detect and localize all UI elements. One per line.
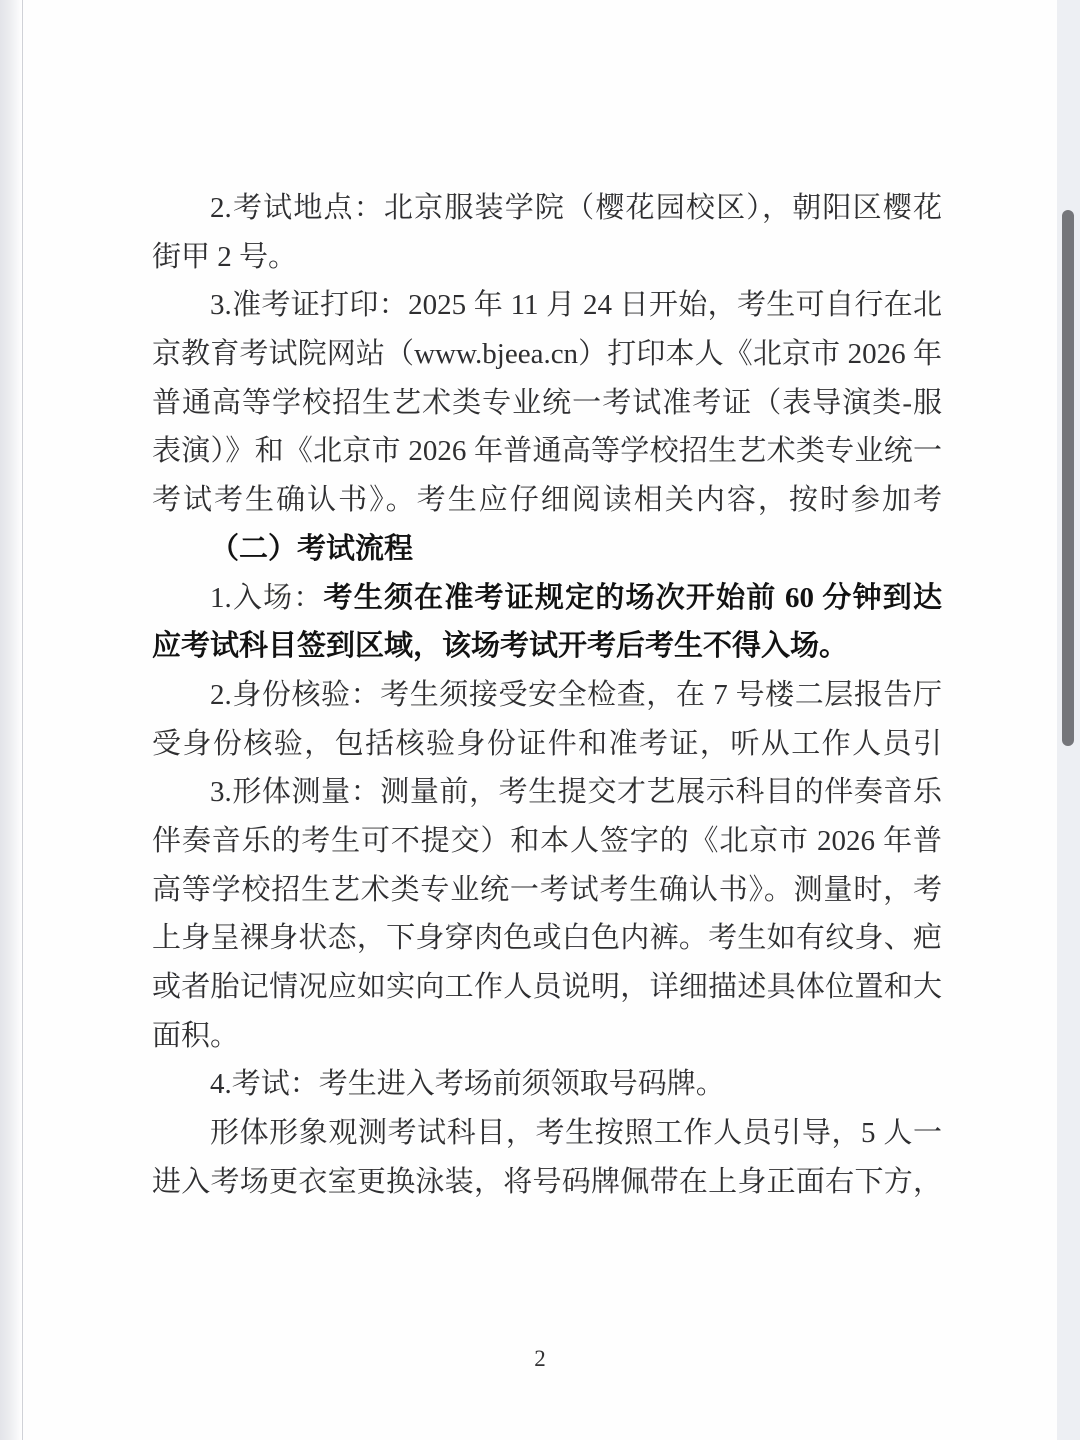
text-line: 上身呈裸身状态，下身穿肉色或白色内裤。考生如有纹身、疤痕: [152, 914, 942, 963]
text-run: 上身呈裸身状态，下身穿肉色或白色内裤。考生如有纹身、疤痕: [152, 922, 942, 963]
text-line: 普通高等学校招生艺术类专业统一考试准考证（表导演类-服装: [152, 379, 942, 428]
text-line: 3.准考证打印：2025 年 11 月 24 日开始，考生可自行在北: [152, 281, 942, 330]
document-body: 2.考试地点：北京服装学院（樱花园校区），朝阳区樱花东街甲 2 号。3.准考证打…: [152, 184, 942, 1206]
text-line: 3.形体测量：测量前，考生提交才艺展示科目的伴奏音乐（无: [152, 768, 942, 817]
text-run: 形体形象观测考试科目，考生按照工作人员引导，5 人一组: [210, 1117, 942, 1158]
text-run: 考试考生确认书》。考生应仔细阅读相关内容，按时参加考试。: [152, 484, 942, 525]
text-line: 高等学校招生艺术类专业统一考试考生确认书》。测量时，考生: [152, 866, 942, 915]
text-run: 普通高等学校招生艺术类专业统一考试准考证（表导演类-服装: [152, 387, 942, 428]
text-line: 4.考试：考生进入考场前须领取号码牌。: [152, 1060, 942, 1109]
text-line: 受身份核验，包括核验身份证件和准考证，听从工作人员引导。: [152, 720, 942, 769]
text-run: 或者胎记情况应如实向工作人员说明，详细描述具体位置和大小: [152, 971, 942, 1012]
scrollbar-track[interactable]: [1057, 0, 1080, 1440]
document-viewer: 2.考试地点：北京服装学院（樱花园校区），朝阳区樱花东街甲 2 号。3.准考证打…: [0, 0, 1080, 1440]
text-line: 2.考试地点：北京服装学院（樱花园校区），朝阳区樱花东: [152, 184, 942, 233]
bold-text-run: 应考试科目签到区域，该场考试开考后考生不得入场。: [152, 630, 848, 662]
text-line: （二）考试流程: [152, 525, 942, 574]
text-line: 应考试科目签到区域，该场考试开考后考生不得入场。: [152, 622, 942, 671]
text-line: 形体形象观测考试科目，考生按照工作人员引导，5 人一组: [152, 1109, 942, 1158]
text-run: 进入考场更衣室更换泳装，将号码牌佩带在上身正面右下方，在: [152, 1166, 942, 1207]
bold-text-run: （二）考试流程: [210, 533, 413, 565]
text-line: 街甲 2 号。: [152, 233, 942, 282]
text-line: 考试考生确认书》。考生应仔细阅读相关内容，按时参加考试。: [152, 476, 942, 525]
text-run: 表演）》和《北京市 2026 年普通高等学校招生艺术类专业统一: [152, 435, 942, 467]
text-run: 2.身份核验：考生须接受安全检查，在 7 号楼二层报告厅接: [210, 679, 942, 720]
text-run: 受身份核验，包括核验身份证件和准考证，听从工作人员引导。: [152, 728, 942, 769]
text-run: 街甲 2 号。: [152, 241, 297, 273]
text-line: 伴奏音乐的考生可不提交）和本人签字的《北京市 2026 年普通: [152, 817, 942, 866]
text-line: 京教育考试院网站（www.bjeea.cn）打印本人《北京市 2026 年: [152, 330, 942, 379]
text-run: 1.入场：: [210, 582, 324, 614]
text-run: 面积。: [152, 1020, 239, 1052]
text-run: 高等学校招生艺术类专业统一考试考生确认书》。测量时，考生: [152, 874, 942, 915]
text-run: 伴奏音乐的考生可不提交）和本人签字的《北京市 2026 年普通: [152, 825, 942, 866]
text-line: 面积。: [152, 1012, 942, 1061]
scrollbar-thumb[interactable]: [1062, 210, 1074, 746]
document-page: 2.考试地点：北京服装学院（樱花园校区），朝阳区樱花东街甲 2 号。3.准考证打…: [23, 0, 1057, 1440]
text-run: 2.考试地点：北京服装学院（樱花园校区），朝阳区樱花东: [210, 192, 942, 233]
page-left-edge-shadow: [0, 0, 23, 1440]
text-line: 进入考场更衣室更换泳装，将号码牌佩带在上身正面右下方，在: [152, 1158, 942, 1207]
text-line: 或者胎记情况应如实向工作人员说明，详细描述具体位置和大小: [152, 963, 942, 1012]
text-run: 京教育考试院网站（www.bjeea.cn）打印本人《北京市 2026 年: [152, 338, 942, 370]
text-line: 1.入场：考生须在准考证规定的场次开始前 60 分钟到达相: [152, 574, 942, 623]
text-run: 3.准考证打印：2025 年 11 月 24 日开始，考生可自行在北: [210, 289, 942, 321]
text-line: 2.身份核验：考生须接受安全检查，在 7 号楼二层报告厅接: [152, 671, 942, 720]
text-run: 3.形体测量：测量前，考生提交才艺展示科目的伴奏音乐（无: [210, 776, 942, 817]
page-number: 2: [23, 1346, 1057, 1372]
text-line: 表演）》和《北京市 2026 年普通高等学校招生艺术类专业统一: [152, 427, 942, 476]
text-run: 4.考试：考生进入考场前须领取号码牌。: [210, 1068, 725, 1100]
